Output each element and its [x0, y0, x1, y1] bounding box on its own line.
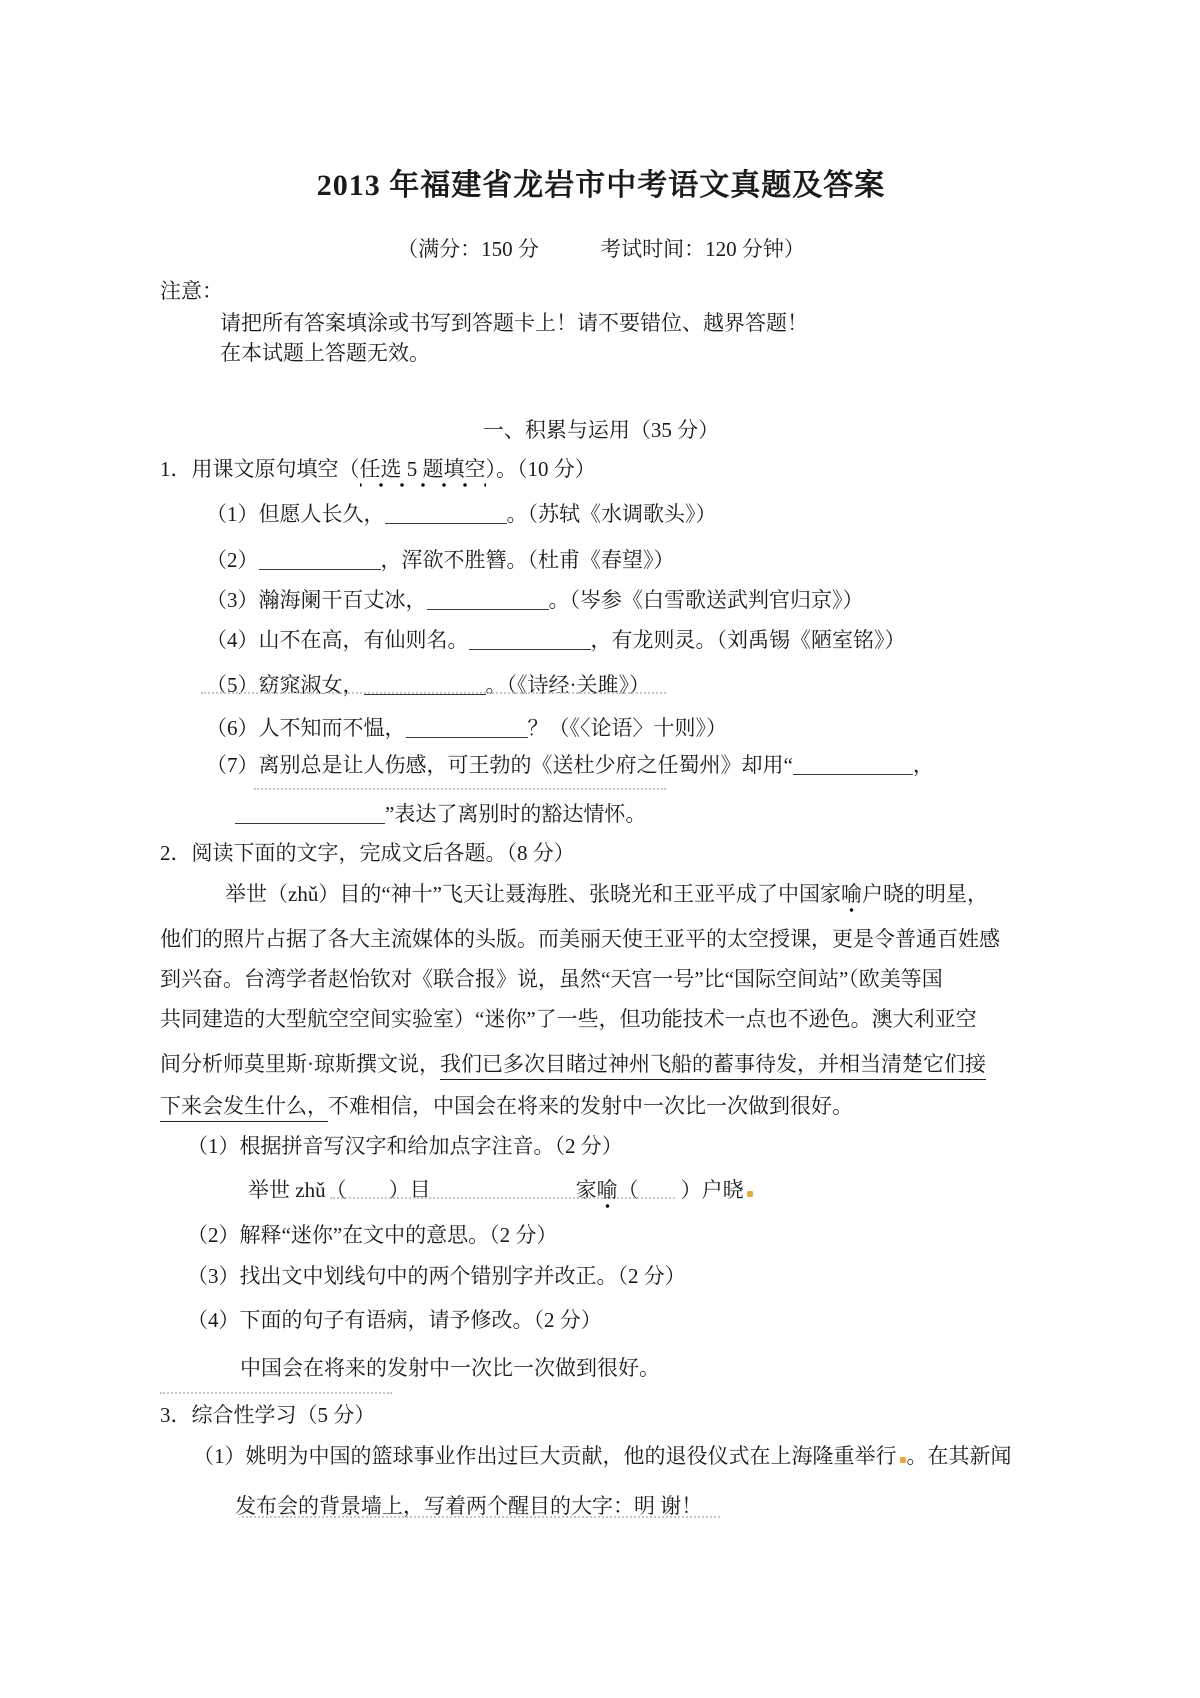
passage-text: 不难相信，中国会在将来的发射中一次比一次做到很好。	[328, 1094, 853, 1118]
full-score-label: （满分：150 分	[397, 237, 539, 261]
fill-in-blank	[406, 723, 528, 738]
question-3-item-1: （1）姚明为中国的篮球事业作出过巨大贡献，他的退役仪式在上海隆重举行。在其新闻	[160, 1443, 1042, 1469]
item-text: 解释“迷你”在文中的意思。（2 分）	[240, 1223, 558, 1247]
item-text: 下面的句子有语病，请予修改。（2 分）	[240, 1308, 602, 1332]
emphasized-text: 任选 5 题填空	[360, 457, 486, 481]
item-text: 姚明为中国的篮球事业作出过巨大贡献，他的退役仪式在上海隆重举行	[246, 1444, 897, 1468]
item-text: 但愿人长久，	[259, 502, 385, 526]
emphasized-char: 喻	[841, 882, 862, 906]
notice-line: 在本试题上答题无效。	[160, 340, 1042, 366]
passage-line: 举世（zhǔ）目的“神十”飞天让聂海胜、张晓光和王亚平成了中国家喻户晓的明星，	[160, 880, 1042, 908]
fill-in-item-6: （6）人不知而不愠，？（《〈论语〉十则》）	[160, 715, 1042, 741]
item-text: ，	[913, 753, 934, 777]
fill-in-blank	[793, 760, 913, 775]
item-text: 山不在高，有仙则名。	[259, 628, 469, 652]
item-number: （6）	[206, 716, 259, 740]
stem-text: 1．用课文原句填空（	[160, 457, 360, 481]
spellcheck-mark	[900, 1457, 906, 1463]
item-text: ”表达了离别时的豁达情怀。	[385, 802, 646, 826]
spellcheck-dotted-underline	[254, 788, 666, 790]
notice-label: 注意：	[160, 278, 1042, 304]
exam-document-page: 2013 年福建省龙岩市中考语文真题及答案 （满分：150 分 考试时间：120…	[0, 0, 1200, 1698]
item-number: （4）	[206, 628, 259, 652]
item-number: （3）	[206, 588, 259, 612]
stem-text: ）。（10 分）	[486, 457, 596, 481]
sub-question-4: （4）下面的句子有语病，请予修改。（2 分）	[160, 1307, 1042, 1333]
fill-in-blank	[259, 555, 381, 570]
item-number: （2）	[187, 1223, 240, 1247]
fill-in-item-7: （7）离别总是让人伤感，可王勃的《送杜少府之任蜀州》却用“，	[160, 752, 1042, 778]
passage-line: 下来会发生什么，不难相信，中国会在将来的发射中一次比一次做到很好。	[160, 1092, 1042, 1120]
fill-in-item-3: （3）瀚海阑干百丈冰，。（岑参《白雪歌送武判官归京》）	[160, 587, 1042, 613]
fill-in-blank	[385, 509, 507, 524]
item-text: 。（苏轼《水调歌头》）	[507, 502, 717, 526]
question-3-stem: 3．综合性学习（5 分）	[160, 1402, 1042, 1428]
notice-line: 请把所有答案填涂或书写到答题卡上！请不要错位、越界答题！	[160, 310, 1042, 336]
item-text: 瀚海阑干百丈冰，	[259, 588, 427, 612]
pinyin-exercise-line: 举世 zhǔ（ ）目家喻（ ）户晓	[160, 1177, 1042, 1203]
sub-question-1: （1）根据拼音写汉字和给加点字注音。（2 分）	[160, 1133, 1042, 1159]
sub-question-3: （3）找出文中划线句中的两个错别字并改正。（2 分）	[160, 1263, 1042, 1289]
item-text: 人不知而不愠，	[259, 716, 406, 740]
fill-in-blank	[427, 595, 549, 610]
passage-line: 到兴奋。台湾学者赵怡钦对《联合报》说，虽然“天宫一号”比“国际空间站”（欧美等国	[160, 965, 1042, 993]
underlined-passage-text: 我们已多次目睹过神州飞船的蓄事待发，并相当清楚它们接	[440, 1052, 986, 1080]
item-text: 找出文中划线句中的两个错别字并改正。（2 分）	[240, 1264, 686, 1288]
fill-in-item-7-continued: ”表达了离别时的豁达情怀。	[160, 801, 1042, 827]
exam-time-label: 考试时间：120 分钟）	[600, 237, 805, 261]
item-text: 。（岑参《白雪歌送武判官归京》）	[549, 588, 864, 612]
passage-line: 间分析师莫里斯·琼斯撰文说，我们已多次目睹过神州飞船的蓄事待发，并相当清楚它们接	[160, 1050, 1042, 1078]
item-text: ？（《〈论语〉十则》）	[528, 716, 728, 740]
fill-in-item-1: （1）但愿人长久，。（苏轼《水调歌头》）	[160, 501, 1042, 527]
passage-text: 举世（zhǔ）目的“神十”飞天让聂海胜、张晓光和王亚平成了中国家	[225, 882, 841, 906]
passage-line: 共同建造的大型航空空间实验室）“迷你”了一些，但功能技术一点也不逊色。澳大利亚空	[160, 1005, 1042, 1033]
item-text: ，有龙则灵。（刘禹锡《陋室铭》）	[591, 628, 906, 652]
item-text: 根据拼音写汉字和给加点字注音。（2 分）	[240, 1134, 623, 1158]
question-1-stem: 1．用课文原句填空（任选 5 题填空）。（10 分）	[160, 456, 1042, 482]
passage-text: 户晓的明星，	[862, 882, 988, 906]
sentence-to-fix: 中国会在将来的发射中一次比一次做到很好。	[160, 1355, 1042, 1381]
item-text: 离别总是让人伤感，可王勃的《送杜少府之任蜀州》却用“	[259, 753, 793, 777]
item-text: 。在其新闻	[907, 1444, 1012, 1468]
fill-in-item-4: （4）山不在高，有仙则名。，有龙则灵。（刘禹锡《陋室铭》）	[160, 627, 1042, 653]
passage-line: 他们的照片占据了各大主流媒体的头版。而美丽天使王亚平的太空授课，更是令普通百姓感	[160, 925, 1042, 953]
fill-in-blank	[469, 635, 591, 650]
item-number: （2）	[206, 548, 259, 572]
item-number: （1）	[206, 502, 259, 526]
question-2-stem: 2．阅读下面的文字，完成文后各题。（8 分）	[160, 840, 1042, 866]
item-number: （4）	[187, 1308, 240, 1332]
fill-in-item-2: （2），浑欲不胜簪。（杜甫《春望》）	[160, 547, 1042, 573]
section-heading: 一、积累与运用（35 分）	[160, 416, 1042, 444]
item-text: ，浑欲不胜簪。（杜甫《春望》）	[381, 548, 675, 572]
spellcheck-dotted-underline	[201, 692, 666, 694]
emphasized-char: 喻	[597, 1178, 618, 1202]
spellcheck-dotted-underline	[160, 1392, 392, 1394]
fill-in-blank	[235, 809, 385, 824]
item-number: （1）	[193, 1444, 246, 1468]
passage-text: 间分析师莫里斯·琼斯撰文说，	[160, 1052, 440, 1076]
spellcheck-dotted-underline	[330, 1197, 675, 1199]
item-number: （1）	[187, 1134, 240, 1158]
sub-question-2: （2）解释“迷你”在文中的意思。（2 分）	[160, 1222, 1042, 1248]
spellcheck-mark	[747, 1191, 753, 1197]
exam-meta: （满分：150 分 考试时间：120 分钟）	[160, 236, 1042, 262]
page-title: 2013 年福建省龙岩市中考语文真题及答案	[160, 166, 1042, 206]
underlined-passage-text: 下来会发生什么，	[160, 1094, 328, 1122]
spellcheck-dotted-underline	[242, 1516, 720, 1518]
fill-in-item-5: （5）窈窕淑女，。（《诗经·关雎》）	[160, 672, 1042, 698]
item-number: （7）	[206, 753, 259, 777]
item-number: （3）	[187, 1264, 240, 1288]
